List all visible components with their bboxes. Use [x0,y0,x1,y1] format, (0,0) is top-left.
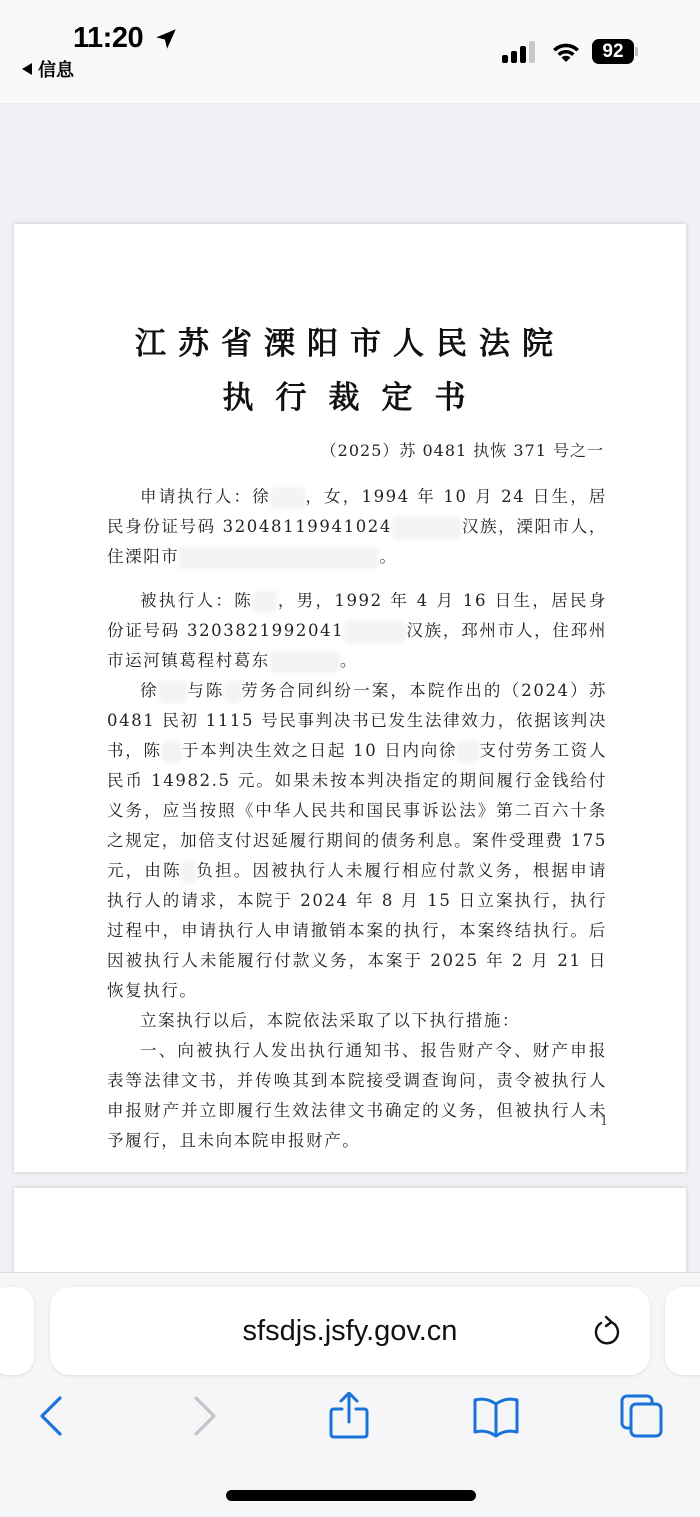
battery-icon: 92 [592,38,638,64]
redacted-id [392,517,462,539]
text: 于本判决生效之日起 10 日内向徐 [182,741,458,760]
share-icon[interactable] [325,1392,373,1440]
status-bar: 11:20 信息 92 [0,0,700,104]
address-bar[interactable]: sfsdjs.jsfy.gov.cn [50,1287,650,1375]
bookmarks-icon[interactable] [472,1392,520,1440]
wifi-icon [550,38,582,64]
redacted-name [253,591,277,613]
next-tab-peek[interactable] [665,1287,700,1375]
back-triangle-icon [22,63,32,75]
document-page: 江苏省溧阳市人民法院 执行裁定书 （2025）苏 0481 执恢 371 号之一… [14,224,686,1172]
text: 被执行人：陈 [140,591,253,610]
tabs-icon[interactable] [618,1392,666,1440]
redacted-name [271,487,305,509]
status-time: 11:20 [73,22,143,55]
paragraph-measures-intro: 立案执行以后，本院依法采取了以下执行措施： [107,1006,607,1036]
paragraph-measure-1: 一、向被执行人发出执行通知书、报告财产令、财产申报表等法律文书，并传唤其到本院接… [107,1036,607,1156]
redacted-name [225,681,241,703]
back-to-app-button[interactable]: 信息 [22,56,74,82]
document-type-title: 执行裁定书 [14,372,686,417]
forward-icon[interactable] [180,1392,228,1440]
battery-level: 92 [592,39,634,64]
document-body: 申请执行人：徐，女，1994 年 10 月 24 日生，居民身份证号码 3204… [107,482,607,1156]
text: 与陈 [187,681,225,700]
paragraph-respondent: 被执行人：陈，男，1992 年 4 月 16 日生，居民身份证号码 320382… [107,586,607,676]
text: 负担。因被执行人未履行相应付款义务，根据申请执行人的请求，本院于 2024 年 … [107,861,607,1000]
redacted-name [182,861,196,883]
previous-tab-peek[interactable] [0,1287,34,1375]
reload-icon[interactable] [590,1314,624,1348]
case-number: （2025）苏 0481 执恢 371 号之一 [321,438,604,461]
text: 徐 [140,681,159,700]
screen: 11:20 信息 92 江苏省溧阳市人民法院 执行裁定书 （2025）苏 048… [0,0,700,1517]
text: 支付劳务工资人民币 14982.5 元。如果未按本判决指定的期间履行金钱给付义务… [107,741,607,880]
text: 申请执行人：徐 [140,487,271,506]
redacted-address [270,651,340,673]
redacted-name [162,741,182,763]
redacted-name [457,741,479,763]
back-app-label: 信息 [38,56,74,82]
redacted-address [179,547,379,569]
battery-cap [635,47,638,56]
redacted-name [159,681,187,703]
signal-icon [502,40,538,64]
url-text[interactable]: sfsdjs.jsfy.gov.cn [50,1287,650,1375]
text: 。 [379,547,397,566]
court-name: 江苏省溧阳市人民法院 [14,318,686,363]
text: 。 [340,651,358,670]
page-number: 1 [600,1114,608,1129]
paragraph-applicant: 申请执行人：徐，女，1994 年 10 月 24 日生，居民身份证号码 3204… [107,482,607,572]
home-indicator[interactable] [226,1490,476,1501]
location-arrow-icon [153,26,179,52]
paragraph-facts: 徐与陈劳务合同纠纷一案，本院作出的（2024）苏 0481 民初 1115 号民… [107,676,607,1006]
redacted-id [344,621,406,643]
back-icon[interactable] [28,1392,76,1440]
